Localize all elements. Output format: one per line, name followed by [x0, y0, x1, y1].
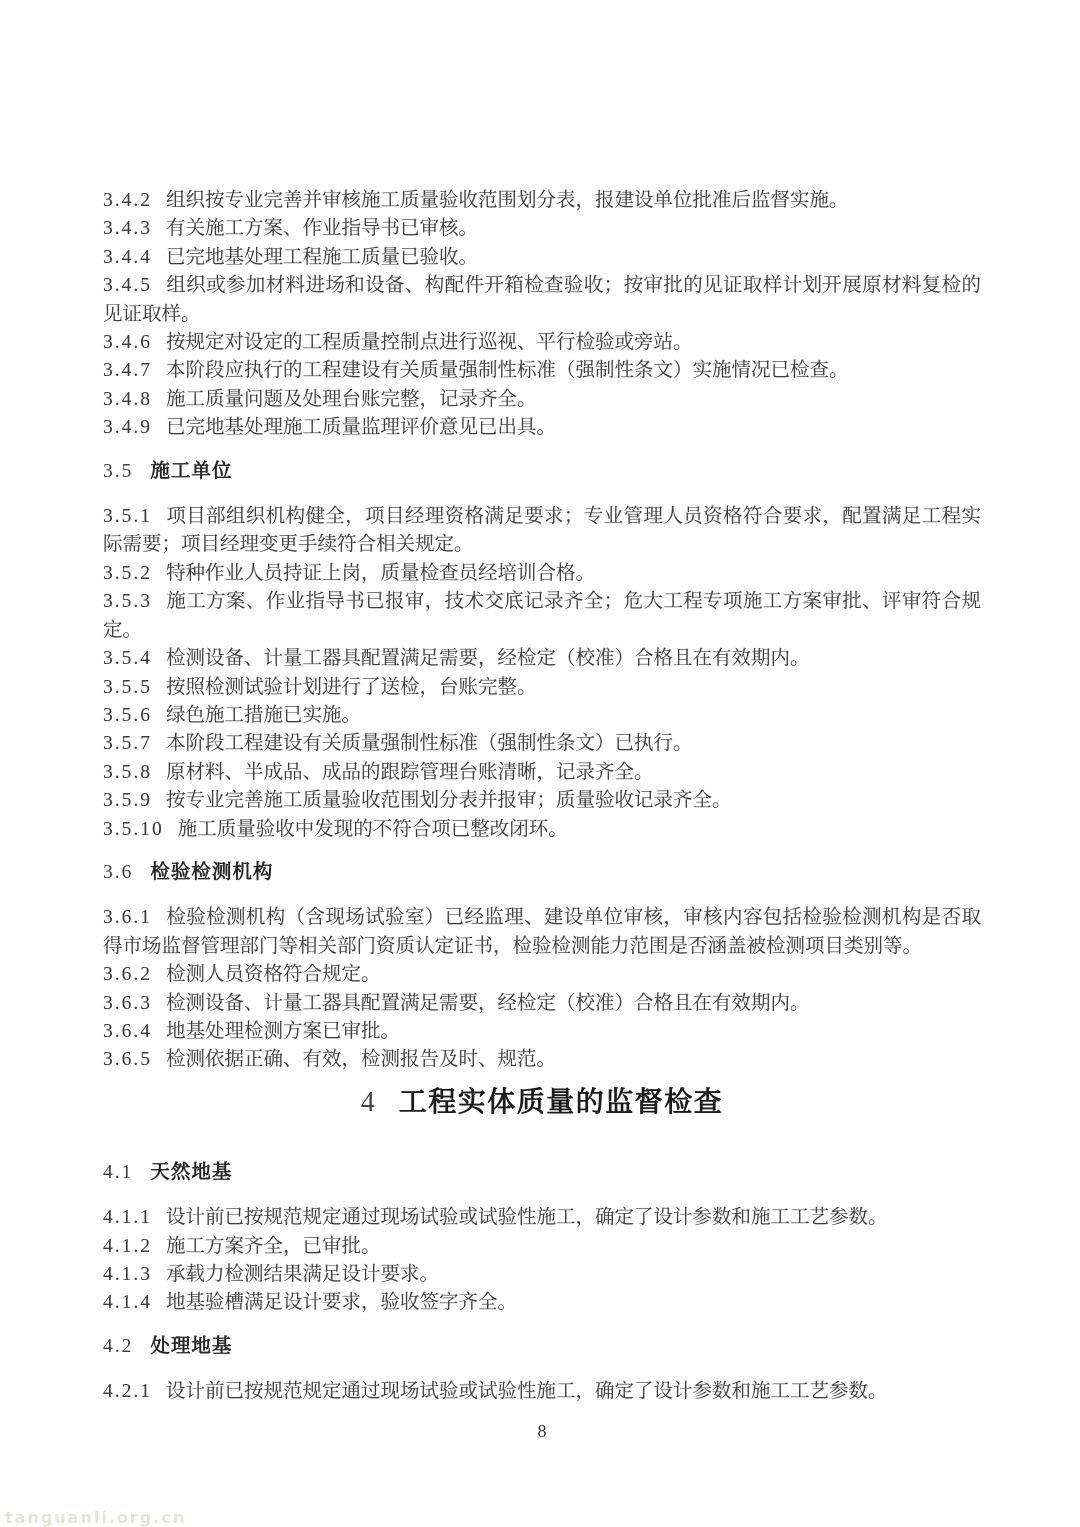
clause-number: 3.5.7	[103, 733, 152, 754]
clause-number: 3.5.10	[103, 819, 164, 840]
clause-text: 按专业完善施工质量验收范围划分表并报审；质量验收记录齐全。	[166, 790, 732, 811]
clause-number: 3.4.9	[103, 417, 152, 438]
clause-number: 3.4.7	[103, 360, 152, 381]
clause-text: 组织或参加材料进场和设备、构配件开箱检查验收；按审批的见证取样计划开展原材料复检…	[103, 275, 981, 324]
clause-number: 3.6.2	[103, 964, 152, 985]
page-number: 8	[103, 1417, 981, 1445]
clause-text: 特种作业人员持证上岗，质量检查员经培训合格。	[166, 563, 595, 584]
clause-number: 4.2.1	[103, 1381, 152, 1402]
clause-3-4-4: 3.4.4已完地基处理工程施工质量已验收。	[103, 244, 981, 272]
clause-3-4-5: 3.4.5组织或参加材料进场和设备、构配件开箱检查验收；按审批的见证取样计划开展…	[103, 272, 981, 329]
chapter-number: 4	[361, 1087, 375, 1118]
clause-3-6-5: 3.6.5检测依据正确、有效，检测报告及时、规范。	[103, 1046, 981, 1074]
clause-text: 承载力检测结果满足设计要求。	[166, 1264, 439, 1285]
clause-text: 施工方案齐全，已审批。	[166, 1236, 381, 1257]
clause-3-6-3: 3.6.3检测设备、计量工器具配置满足需要，经检定（校准）合格且在有效期内。	[103, 990, 981, 1018]
clause-3-4-8: 3.4.8施工质量问题及处理台账完整，记录齐全。	[103, 386, 981, 414]
clause-text: 组织按专业完善并审核施工质量验收范围划分表，报建设单位批准后监督实施。	[166, 190, 849, 211]
section-title: 处理地基	[150, 1335, 232, 1357]
section-heading-3-5: 3.5施工单位	[103, 457, 981, 486]
clause-text: 检验检测机构（含现场试验室）已经监理、建设单位审核，审核内容包括检验检测机构是否…	[103, 907, 981, 956]
clause-number: 3.4.4	[103, 247, 152, 268]
clause-3-4-9: 3.4.9已完地基处理施工质量监理评价意见已出具。	[103, 414, 981, 442]
site-watermark: tanguanli.org.cn	[5, 1508, 186, 1527]
clause-text: 本阶段工程建设有关质量强制性标准（强制性条文）已执行。	[166, 733, 693, 754]
section-number: 4.2	[103, 1336, 133, 1357]
clause-text: 地基验槽满足设计要求，验收签字齐全。	[166, 1292, 517, 1313]
clause-3-6-4: 3.6.4地基处理检测方案已审批。	[103, 1018, 981, 1046]
clause-text: 设计前已按规范规定通过现场试验或试验性施工，确定了设计参数和施工工艺参数。	[166, 1381, 888, 1402]
clause-text: 有关施工方案、作业指导书已审核。	[166, 218, 478, 239]
clause-3-5-7: 3.5.7本阶段工程建设有关质量强制性标准（强制性条文）已执行。	[103, 730, 981, 758]
clause-text: 检测人员资格符合规定。	[166, 964, 381, 985]
clause-number: 3.4.3	[103, 218, 152, 239]
clause-text: 绿色施工措施已实施。	[166, 705, 361, 726]
section-heading-4-2: 4.2处理地基	[103, 1332, 981, 1361]
section-number: 3.6	[103, 862, 133, 883]
clause-3-5-6: 3.5.6绿色施工措施已实施。	[103, 702, 981, 730]
clause-number: 4.1.3	[103, 1264, 152, 1285]
clause-text: 原材料、半成品、成品的跟踪管理台账清晰，记录齐全。	[166, 762, 654, 783]
clause-text: 施工方案、作业指导书已报审，技术交底记录齐全；危大工程专项施工方案审批、评审符合…	[103, 591, 981, 640]
clause-number: 3.5.1	[103, 506, 152, 527]
clause-3-5-9: 3.5.9按专业完善施工质量验收范围划分表并报审；质量验收记录齐全。	[103, 787, 981, 815]
clause-3-5-1: 3.5.1项目部组织机构健全，项目经理资格满足要求；专业管理人员资格符合要求，配…	[103, 503, 981, 560]
clause-number: 3.5.3	[103, 591, 152, 612]
clause-3-5-4: 3.5.4检测设备、计量工器具配置满足需要，经检定（校准）合格且在有效期内。	[103, 645, 981, 673]
clause-number: 4.1.2	[103, 1236, 152, 1257]
section-title: 施工单位	[150, 460, 232, 482]
clause-3-4-6: 3.4.6按规定对设定的工程质量控制点进行巡视、平行检验或旁站。	[103, 329, 981, 357]
clause-4-1-4: 4.1.4地基验槽满足设计要求，验收签字齐全。	[103, 1289, 981, 1317]
clause-text: 检测设备、计量工器具配置满足需要，经检定（校准）合格且在有效期内。	[166, 648, 810, 669]
clause-3-4-3: 3.4.3有关施工方案、作业指导书已审核。	[103, 215, 981, 243]
clause-3-5-5: 3.5.5按照检测试验计划进行了送检，台账完整。	[103, 674, 981, 702]
clause-text: 已完地基处理工程施工质量已验收。	[166, 247, 478, 268]
document-page: 3.4.2组织按专业完善并审核施工质量验收范围划分表，报建设单位批准后监督实施。…	[0, 0, 1080, 1527]
clause-number: 4.1.4	[103, 1292, 152, 1313]
clause-number: 3.6.4	[103, 1021, 152, 1042]
clause-text: 本阶段应执行的工程建设有关质量强制性标准（强制性条文）实施情况已检查。	[166, 360, 849, 381]
clause-text: 地基处理检测方案已审批。	[166, 1021, 400, 1042]
section-title: 天然地基	[150, 1161, 232, 1183]
clause-text: 检测设备、计量工器具配置满足需要，经检定（校准）合格且在有效期内。	[166, 993, 810, 1014]
clause-4-2-1: 4.2.1设计前已按规范规定通过现场试验或试验性施工，确定了设计参数和施工工艺参…	[103, 1378, 981, 1406]
clause-number: 3.5.5	[103, 677, 152, 698]
clause-text: 设计前已按规范规定通过现场试验或试验性施工，确定了设计参数和施工工艺参数。	[166, 1207, 888, 1228]
clause-number: 3.4.6	[103, 332, 152, 353]
clause-3-5-10: 3.5.10施工质量验收中发现的不符合项已整改闭环。	[103, 816, 981, 844]
clause-4-1-2: 4.1.2施工方案齐全，已审批。	[103, 1233, 981, 1261]
clause-number: 3.6.1	[103, 907, 152, 928]
clause-text: 已完地基处理施工质量监理评价意见已出具。	[166, 417, 556, 438]
section-number: 3.5	[103, 461, 133, 482]
clause-number: 3.5.6	[103, 705, 152, 726]
clause-3-4-7: 3.4.7本阶段应执行的工程建设有关质量强制性标准（强制性条文）实施情况已检查。	[103, 357, 981, 385]
clause-4-1-3: 4.1.3承载力检测结果满足设计要求。	[103, 1261, 981, 1289]
clause-number: 3.6.3	[103, 993, 152, 1014]
clause-number: 3.6.5	[103, 1049, 152, 1070]
clause-number: 3.5.2	[103, 563, 152, 584]
clause-number: 3.4.8	[103, 389, 152, 410]
clause-4-1-1: 4.1.1设计前已按规范规定通过现场试验或试验性施工，确定了设计参数和施工工艺参…	[103, 1204, 981, 1232]
section-number: 4.1	[103, 1162, 133, 1183]
clause-number: 3.4.5	[103, 275, 152, 296]
section-heading-4-1: 4.1天然地基	[103, 1158, 981, 1187]
clause-text: 检测依据正确、有效，检测报告及时、规范。	[166, 1049, 556, 1070]
clause-3-6-1: 3.6.1检验检测机构（含现场试验室）已经监理、建设单位审核，审核内容包括检验检…	[103, 904, 981, 961]
document-content: 3.4.2组织按专业完善并审核施工质量验收范围划分表，报建设单位批准后监督实施。…	[103, 187, 981, 1445]
chapter-heading-4: 4工程实体质量的监督检查	[103, 1081, 981, 1124]
clause-text: 项目部组织机构健全，项目经理资格满足要求；专业管理人员资格符合要求，配置满足工程…	[103, 506, 981, 555]
clause-3-6-2: 3.6.2检测人员资格符合规定。	[103, 961, 981, 989]
clause-number: 3.4.2	[103, 190, 152, 211]
clause-number: 4.1.1	[103, 1207, 152, 1228]
clause-number: 3.5.8	[103, 762, 152, 783]
clause-3-5-8: 3.5.8原材料、半成品、成品的跟踪管理台账清晰，记录齐全。	[103, 759, 981, 787]
clause-text: 按规定对设定的工程质量控制点进行巡视、平行检验或旁站。	[166, 332, 693, 353]
section-title: 检验检测机构	[150, 861, 273, 883]
clause-text: 施工质量验收中发现的不符合项已整改闭环。	[178, 819, 568, 840]
clause-number: 3.5.9	[103, 790, 152, 811]
clause-number: 3.5.4	[103, 648, 152, 669]
clause-3-5-2: 3.5.2特种作业人员持证上岗，质量检查员经培训合格。	[103, 560, 981, 588]
section-heading-3-6: 3.6检验检测机构	[103, 858, 981, 887]
clause-text: 施工质量问题及处理台账完整，记录齐全。	[166, 389, 537, 410]
clause-text: 按照检测试验计划进行了送检，台账完整。	[166, 677, 537, 698]
clause-3-4-2: 3.4.2组织按专业完善并审核施工质量验收范围划分表，报建设单位批准后监督实施。	[103, 187, 981, 215]
clause-3-5-3: 3.5.3施工方案、作业指导书已报审，技术交底记录齐全；危大工程专项施工方案审批…	[103, 588, 981, 645]
chapter-title: 工程实体质量的监督检查	[399, 1086, 724, 1117]
